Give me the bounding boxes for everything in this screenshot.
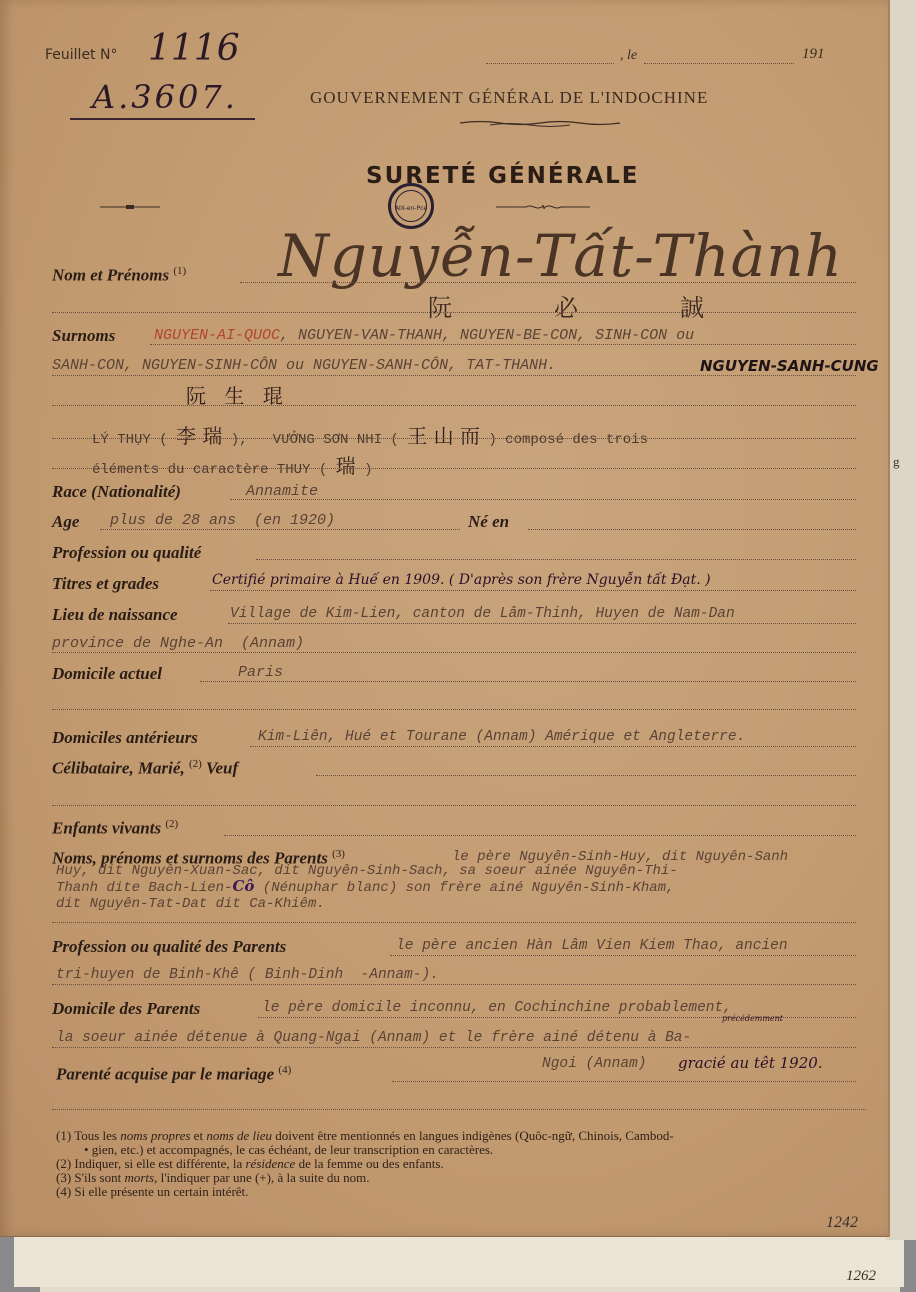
- dossier-number: A.3607.: [92, 78, 238, 116]
- name-chinese-2: 必: [554, 288, 578, 323]
- parents-profession-rule-2: [52, 984, 856, 985]
- surnoms-rule-1: [150, 344, 856, 345]
- government-title: GOUVERNEMENT GÉNÉRAL DE L'INDOCHINE: [310, 88, 708, 108]
- ly-thuy-chinese: 李 瑞: [176, 424, 222, 448]
- footnote-4-text: Si elle présente un certain intérêt.: [74, 1184, 248, 1199]
- footnote-1-num: (1): [56, 1128, 71, 1143]
- parents-noms-line-3b: (Nénuphar blanc) son frère ainé Nguyên-S…: [254, 880, 674, 896]
- footnote-2-em1: résidence: [246, 1156, 296, 1171]
- date-year: 191: [802, 46, 825, 63]
- parente-note: (4): [278, 1064, 291, 1076]
- surnoms-line-1-rest: , NGUYEN-VAN-THANH, NGUYEN-BE-CON, SINH-…: [280, 327, 694, 344]
- ornament-rule: [460, 118, 620, 128]
- surnom-nguyen-ai-quoc: NGUYEN-AI-QUOC: [154, 327, 280, 344]
- footnote-3: (3) S'ils sont morts, l'indiquer par une…: [56, 1171, 674, 1185]
- domicile-actuel-line: [200, 681, 856, 682]
- parents-profession-line-1: le père ancien Hàn Lâm Vien Kiem Thao, a…: [396, 938, 788, 954]
- parents-noms-line-3: Thanh dite Bach-Lien-Cô (Nénuphar blanc)…: [56, 879, 674, 895]
- elements-text: éléments du caractère THUY (: [92, 462, 327, 478]
- surnoms-label: Surnoms: [52, 326, 115, 346]
- co-handwritten: Cô: [232, 877, 254, 895]
- dossier-underline: [70, 118, 255, 120]
- age-value: plus de 28 ans (en 1920): [110, 512, 335, 529]
- footnote-1-em2: noms de lieu: [206, 1128, 272, 1143]
- ne-en-line: [528, 529, 856, 530]
- vuong-son-nhi: ), VƯỞNG SƠN NHI (: [231, 432, 399, 448]
- footnote-4: (4) Si elle présente un certain intérêt.: [56, 1185, 674, 1199]
- surnoms-rule-5: [52, 468, 856, 469]
- surnoms-rule-4: [52, 438, 856, 439]
- domicile-actuel-label: Domicile actuel: [52, 664, 162, 684]
- footnote-3-text-a: S'ils sont: [74, 1170, 124, 1185]
- parents-profession-label: Profession ou qualité des Parents: [52, 937, 286, 957]
- date-line: [644, 63, 794, 64]
- profession-label: Profession ou qualité: [52, 543, 201, 563]
- footnotes: (1) Tous les noms propres et noms de lie…: [56, 1129, 674, 1199]
- parents-noms-line-2: Huy, dit Nguyên-Xuan-Sac, dit Nguyên-Sin…: [56, 864, 678, 878]
- titres-line: [210, 590, 856, 591]
- nom-label-text: Nom et Prénoms: [52, 266, 169, 285]
- domiciles-anterieurs-value: Kim-Liên, Hué et Tourane (Annam) Amériqu…: [258, 729, 745, 745]
- parente-label: Parenté acquise par le mariage (4): [56, 1064, 291, 1085]
- footnote-1-cont: • gien, etc.) et accompagnés, le cas éch…: [56, 1143, 674, 1157]
- ly-thuy: LÝ THỤY (: [92, 432, 168, 448]
- etat-civil-blank-line: [52, 805, 856, 806]
- footnote-2-num: (2): [56, 1156, 71, 1171]
- date-separator: , le: [620, 48, 637, 64]
- parents-noms-line-3a: Thanh dite Bach-Lien-: [56, 880, 232, 896]
- footnote-1-em1: noms propres: [120, 1128, 190, 1143]
- domiciles-anterieurs-label: Domiciles antérieurs: [52, 728, 198, 748]
- parents-profession-rule-1: [390, 955, 856, 956]
- parents-domicile-line-1: le père domicile inconnu, en Cochinchine…: [262, 1000, 732, 1016]
- gracie-handwritten: gracié au têt 1920.: [678, 1054, 823, 1072]
- surnoms-line-1: NGUYEN-AI-QUOC, NGUYEN-VAN-THANH, NGUYEN…: [154, 327, 694, 344]
- footnote-3-num: (3): [56, 1170, 71, 1185]
- lieu-naissance-line-1: Village de Kim-Lien, canton de Lâm-Thinh…: [230, 606, 735, 622]
- lieu-naissance-label: Lieu de naissance: [52, 605, 178, 625]
- lieu-naissance-line-2: province de Nghe-An (Annam): [52, 635, 304, 652]
- parente-line: [392, 1081, 856, 1082]
- parente-label-text: Parenté acquise par le mariage: [56, 1065, 274, 1084]
- parents-domicile-label: Domicile des Parents: [52, 999, 200, 1019]
- etat-civil-label: Célibataire, Marié, (2) Veuf: [52, 758, 238, 779]
- name-chinese-1: 阮: [428, 288, 452, 323]
- footnote-2: (2) Indiquer, si elle est différente, la…: [56, 1157, 674, 1171]
- domiciles-anterieurs-line: [250, 746, 856, 747]
- parents-domicile-line-3: Ngoi (Annam): [542, 1056, 646, 1072]
- date-place-line: [486, 63, 614, 64]
- parente-blank-line: [52, 1109, 866, 1110]
- background-strip: [886, 0, 916, 1240]
- lieu-line-2: [52, 652, 856, 653]
- thuy-chinese: 瑞: [336, 454, 356, 478]
- ne-en-label: Né en: [468, 512, 509, 532]
- age-line: [100, 529, 460, 530]
- name-chinese-3: 誠: [680, 288, 704, 323]
- stamp-text: AIX-en-Pce: [395, 205, 427, 212]
- surnoms-rule-2: [52, 375, 856, 376]
- left-ornament: [100, 205, 160, 209]
- race-value: Annamite: [246, 483, 318, 500]
- enfants-line: [224, 835, 856, 836]
- domicile-actuel-value: Paris: [238, 664, 283, 681]
- age-label: Age: [52, 512, 79, 532]
- profession-line: [256, 559, 856, 560]
- parents-noms-rule: [52, 922, 856, 923]
- surnoms-line-4: LÝ THỤY ( 李 瑞 ), VƯỞNG SƠN NHI ( 王 山 而 )…: [92, 420, 648, 449]
- footnote-3-text-b: , l'indiquer par une (+), à la suite du …: [154, 1170, 369, 1185]
- footnote-3-em1: morts: [124, 1170, 154, 1185]
- edge-fragment-text: g: [893, 454, 900, 470]
- parents-domicile-rule-2: [52, 1047, 856, 1048]
- surnoms-handwritten: NGUYEN-SANH-CUNG: [700, 357, 879, 375]
- document-sheet: Feuillet N° 1116 A.3607. , le 191 GOUVER…: [0, 0, 890, 1237]
- footnote-1-text-b: et: [190, 1128, 206, 1143]
- underlying-sheet: [14, 1236, 904, 1287]
- elements-close: ): [364, 462, 372, 478]
- footnote-2-text-a: Indiquer, si elle est différente, la: [74, 1156, 245, 1171]
- right-ornament: [496, 205, 590, 209]
- race-line: [230, 499, 856, 500]
- footnote-4-num: (4): [56, 1184, 71, 1199]
- name-value: Nguyễn-Tất-Thành: [278, 222, 843, 290]
- surnoms-line-2-typed: SANH-CON, NGUYEN-SINH-CÔN ou NGUYEN-SANH…: [52, 357, 556, 374]
- folio-number: 1242: [826, 1214, 858, 1232]
- veuf-label: Veuf: [206, 759, 238, 778]
- lieu-line-1: [228, 623, 856, 624]
- titres-label: Titres et grades: [52, 574, 159, 594]
- surnoms-rule-3: [52, 405, 856, 406]
- etat-civil-line: [316, 775, 856, 776]
- footnote-2-text-b: de la femme ou des enfants.: [295, 1156, 443, 1171]
- nom-line: [240, 282, 856, 283]
- parents-noms-line-4: dit Nguyên-Tat-Dat dit Ca-Khiêm.: [56, 897, 325, 911]
- bottom-page-number: 1262: [846, 1268, 876, 1285]
- feuillet-label: Feuillet N°: [45, 47, 117, 63]
- enfants-label-text: Enfants vivants: [52, 819, 161, 838]
- footnote-1: (1) Tous les noms propres et noms de lie…: [56, 1129, 674, 1143]
- nom-label: Nom et Prénoms (1): [52, 265, 186, 286]
- race-label: Race (Nationalité): [52, 482, 181, 502]
- etat-civil-note: (2): [189, 758, 202, 770]
- surnoms-line-2: SANH-CON, NGUYEN-SINH-CÔN ou NGUYEN-SANH…: [52, 357, 556, 374]
- nom-note: (1): [173, 265, 186, 277]
- parents-domicile-line-2: la soeur ainée détenue à Quang-Ngai (Ann…: [56, 1030, 691, 1046]
- nom-line-2: [52, 312, 856, 313]
- compose-text: ) composé des trois: [488, 432, 648, 448]
- etat-civil-label-text: Célibataire, Marié,: [52, 759, 185, 778]
- footnote-1-text-c: doivent être mentionnés en langues indig…: [272, 1128, 674, 1143]
- parents-profession-line-2: tri-huyen de Binh-Khê ( Binh-Dinh -Annam…: [56, 967, 439, 983]
- surnoms-line-5: éléments du caractère THUY ( 瑞 ): [92, 450, 372, 479]
- footnote-1-text-a: Tous les: [74, 1128, 120, 1143]
- enfants-note: (2): [165, 818, 178, 830]
- enfants-label: Enfants vivants (2): [52, 818, 178, 839]
- titres-value: Certifié primaire à Huế en 1909. ( D'apr…: [212, 572, 711, 588]
- domicile-blank-line: [52, 709, 856, 710]
- feuillet-number: 1116: [148, 28, 240, 69]
- vuong-son-nhi-chinese: 王 山 而: [407, 424, 480, 448]
- precedemment-handwritten: précédemment: [722, 1014, 783, 1023]
- parents-noms-note: (3): [332, 848, 345, 860]
